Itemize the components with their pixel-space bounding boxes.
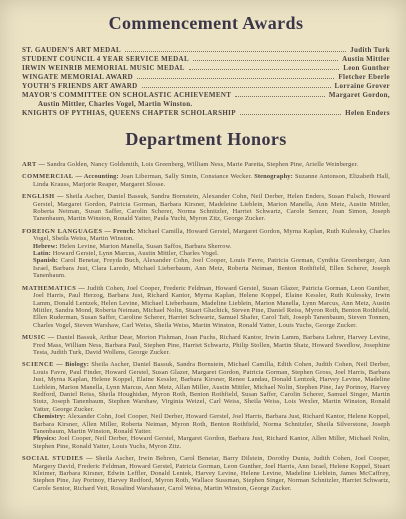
honors-title: Department Honors [22,129,390,150]
subsection-label: Spanish: [33,257,61,264]
subsection-label: Accounting: [84,173,121,180]
subsection-label: Chemistry: [33,413,67,420]
award-recipient: Fletcher Eberle [338,73,390,82]
department-name: SOCIAL STUDIES [22,455,83,462]
department-name: SCIENCE [22,361,54,368]
honor-names: Carol Benetar, Freyda Buch, Alexander Co… [33,257,390,279]
dotted-leader [193,60,338,61]
department-separator: — [76,285,87,292]
award-recipients-continued: Austin Mittler, Charles Vogel, Martin Wi… [22,100,390,109]
department-name: MATHEMATICS [22,285,76,292]
dotted-leader [125,51,346,52]
department-separator: — [37,161,47,168]
award-name: YOUTH'S FRIENDS ART AWARD [22,82,138,91]
subsection-label: Biology: [65,361,91,368]
department-separator: — [74,173,84,180]
department-paragraph: SOCIAL STUDIES — Sheila Ascher, Irwin Be… [22,455,390,492]
subsection-line: Hebrew: Helen Levine, Marion Manella, Su… [33,243,390,250]
subsection-label: Latin: [33,250,53,257]
subsection-line: Spanish: Carol Benetar, Freyda Buch, Ale… [33,257,390,279]
honor-names: Sheila Ascher, Daniel Bassuk, Sandra Bor… [33,193,390,222]
award-recipient: Margaret Gordon, [329,91,390,100]
department-honors-list: ART — Sandra Golden, Nancy Goldsmith, Lo… [22,161,390,492]
award-recipient: Helen Enders [345,109,390,118]
dotted-leader [189,69,339,70]
department-name: ENGLISH [22,193,55,200]
subsection-label: Hebrew: [33,243,59,250]
awards-title: Commencement Awards [22,13,390,34]
subsection-line: Physics: Joel Cooper, Neil Derber, Howar… [33,435,390,450]
subsection-label: French: [113,228,138,235]
subsection-line: Chemistry: Alexander Cohn, Joel Cooper, … [33,413,390,435]
department-name: ART [22,161,37,168]
award-name: KNIGHTS OF PYTHIAS, QUEENS CHAPTER SCHOL… [22,109,236,118]
award-row: WINGATE MEMORIAL AWARDFletcher Eberle [22,73,390,82]
department-paragraph: COMMERCIAL — Accounting: Joan Liberman, … [22,173,390,188]
department-name: COMMERCIAL [22,173,74,180]
department-paragraph: ART — Sandra Golden, Nancy Goldsmith, Lo… [22,161,390,168]
subsection-label: Physics: [33,435,59,442]
award-row: STUDENT COUNCIL 4 YEAR SERVICE MEDALAust… [22,55,390,64]
subsection-label: Stenography: [254,173,295,180]
dotted-leader [240,114,341,115]
award-name: MAYOR'S COMMITTEE ON SCHOLASTIC ACHIEVEM… [22,91,231,100]
honor-names: Alexander Cohn, Joel Cooper, Neil Derber… [33,413,390,435]
department-separator: — [54,361,65,368]
department-name: FOREIGN LANGUAGES [22,228,103,235]
award-name: ST. GAUDEN'S ART MEDAL [22,46,121,55]
award-row: ST. GAUDEN'S ART MEDALJudith Turk [22,46,390,55]
award-row: IRWIN WEINRIB MEMORIAL MUSIC MEDALLeon G… [22,64,390,73]
honor-names: Howard Gerstel, Lynn Marcus, Austin Mitt… [53,250,219,257]
award-recipient: Austin Mittler [342,55,390,64]
honor-names: Judith Cohen, Joel Cooper, Frederic Feld… [33,285,390,329]
department-separator: — [103,228,113,235]
honor-names: Joel Cooper, Neil Derber, Howard Gerstel… [33,435,390,449]
honor-names: Sandra Golden, Nancy Goldsmith, Lois Gre… [47,161,358,168]
department-paragraph: MUSIC — Daniel Bassuk, Arthur Dear, Mort… [22,334,390,356]
award-row: KNIGHTS OF PYTHIAS, QUEENS CHAPTER SCHOL… [22,109,390,118]
award-recipient: Judith Turk [350,46,390,55]
awards-list: ST. GAUDEN'S ART MEDALJudith TurkSTUDENT… [22,46,390,118]
honor-names: Helen Levine, Marion Manella, Susan Saff… [59,243,231,250]
yearbook-page: Commencement Awards ST. GAUDEN'S ART MED… [0,0,406,519]
department-paragraph: ENGLISH — Sheila Ascher, Daniel Bassuk, … [22,193,390,223]
department-name: MUSIC [22,334,46,341]
department-paragraph: FOREIGN LANGUAGES — French: Michael Cami… [22,228,390,280]
award-row: MAYOR'S COMMITTEE ON SCHOLASTIC ACHIEVEM… [22,91,390,100]
department-separator: — [46,334,57,341]
honor-names: Joan Liberman, Sally Simin, Constance We… [121,173,254,180]
award-row: YOUTH'S FRIENDS ART AWARDLorraine Grover [22,82,390,91]
award-name: IRWIN WEINRIB MEMORIAL MUSIC MEDAL [22,64,185,73]
honor-names: Daniel Bassuk, Arthur Dear, Morton Fishm… [33,334,390,356]
award-recipient: Lorraine Grover [335,82,390,91]
department-separator: — [55,193,66,200]
dotted-leader [137,78,334,79]
subsection-line: Latin: Howard Gerstel, Lynn Marcus, Aust… [33,250,390,257]
department-paragraph: MATHEMATICS — Judith Cohen, Joel Cooper,… [22,285,390,329]
award-name: STUDENT COUNCIL 4 YEAR SERVICE MEDAL [22,55,189,64]
department-separator: — [83,455,95,462]
dotted-leader [142,87,331,88]
dotted-leader [235,96,325,97]
honor-names: Sheila Ascher, Daniel Bassuk, Sandra Bor… [33,361,390,412]
award-recipient: Leon Gunther [343,64,390,73]
award-name: WINGATE MEMORIAL AWARD [22,73,133,82]
department-paragraph: SCIENCE — Biology: Sheila Ascher, Daniel… [22,361,390,450]
